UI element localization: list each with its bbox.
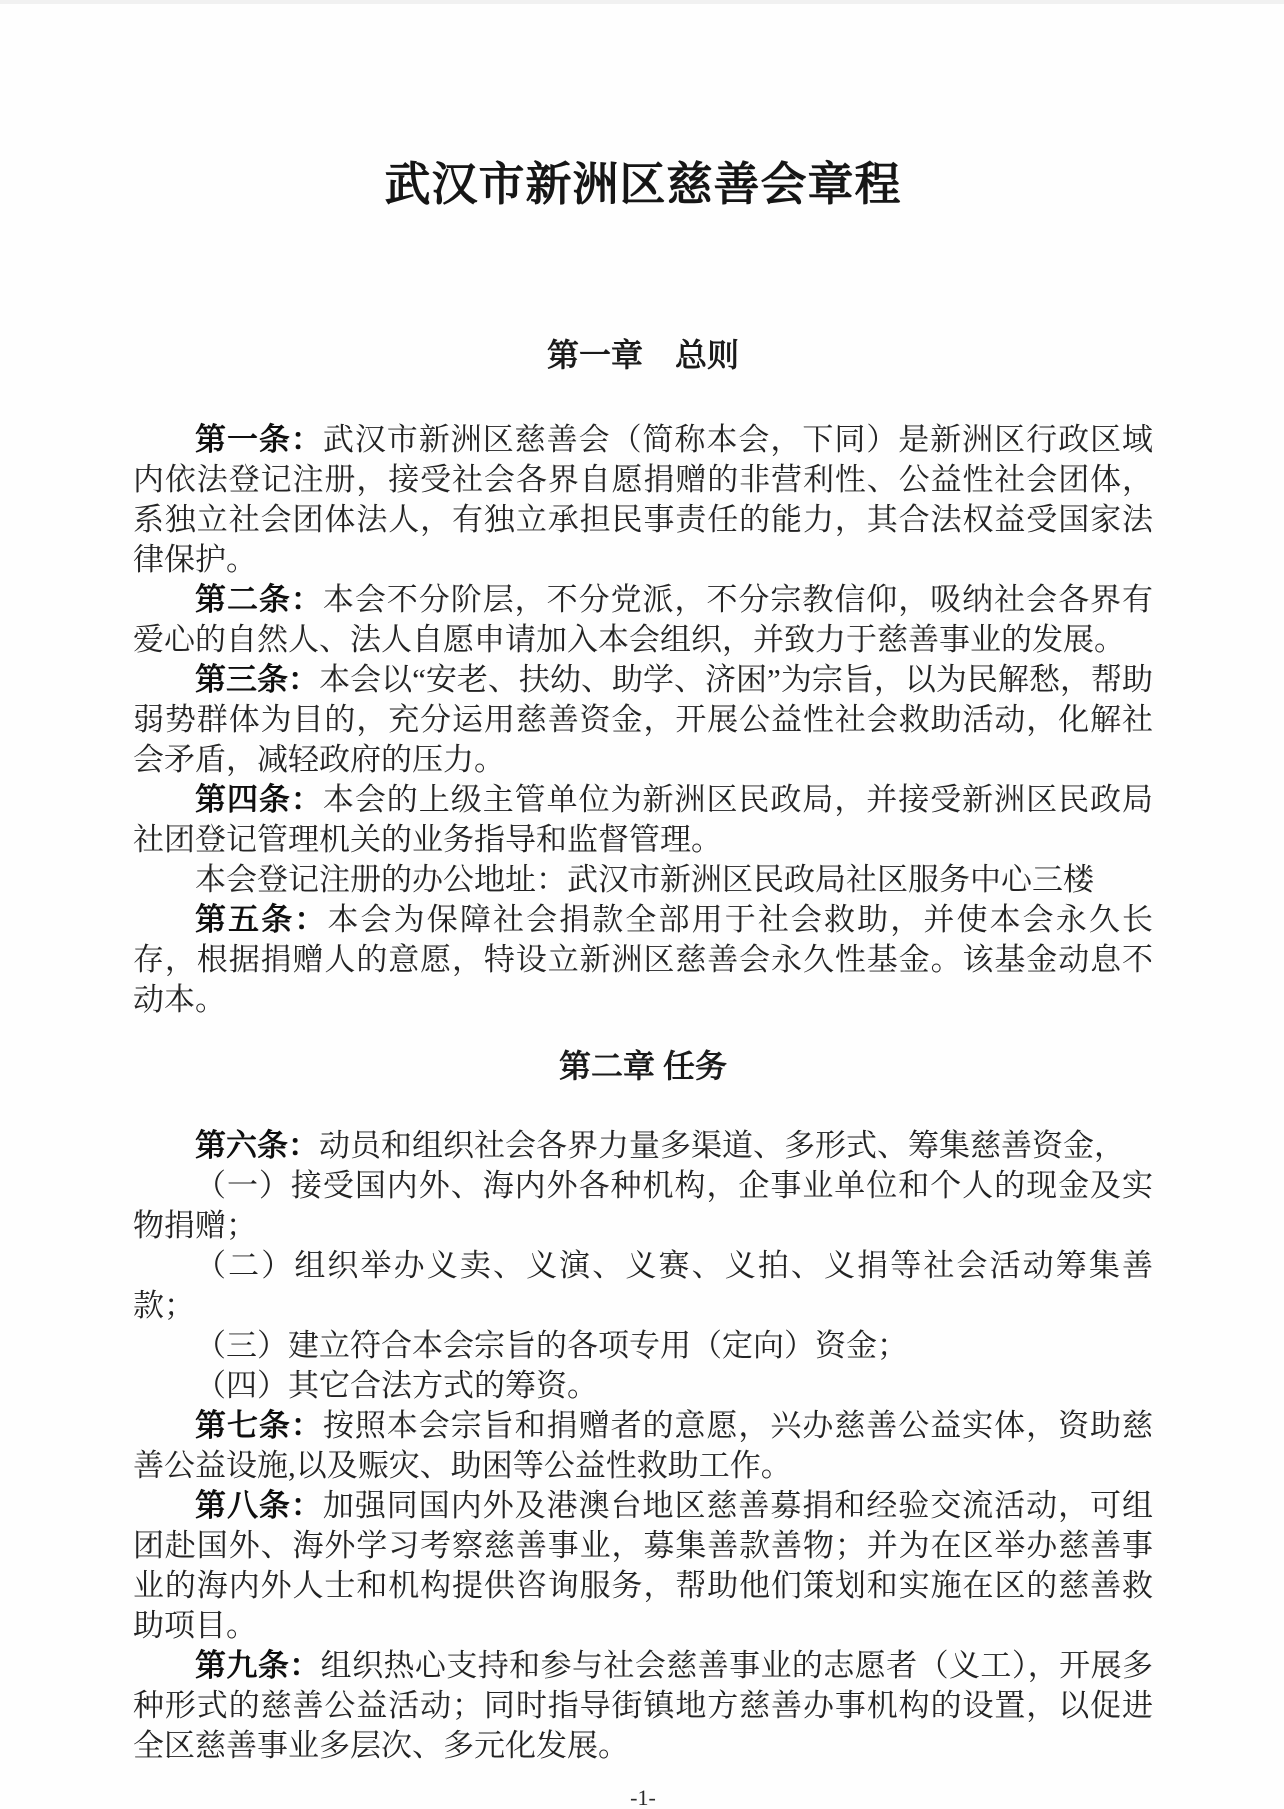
article-9: 第九条：组织热心支持和参与社会慈善事业的志愿者（义工），开展多种形式的慈善公益活… (133, 1646, 1153, 1766)
article-7: 第七条：按照本会宗旨和捐赠者的意愿，兴办慈善公益实体，资助慈善公益设施,以及赈灾… (133, 1406, 1153, 1486)
article-8: 第八条：加强同国内外及港澳台地区慈善募捐和经验交流活动，可组团赴国外、海外学习考… (133, 1486, 1153, 1646)
article-6-label: 第六条： (195, 1128, 319, 1163)
chapter-2: 第二章 任务 第六条：动员和组织社会各界力量多渠道、多形式、筹集慈善资金， （一… (133, 1046, 1153, 1766)
article-6-item-4-text: （四）其它合法方式的筹资。 (195, 1368, 598, 1403)
article-3: 第三条：本会以“安老、扶幼、助学、济困”为宗旨，以为民解愁，帮助弱势群体为目的，… (133, 660, 1153, 780)
article-7-label: 第七条： (195, 1408, 323, 1443)
article-6-item-2-text: （二）组织举办义卖、义演、义赛、义拍、义捐等社会活动筹集善款； (133, 1248, 1153, 1323)
article-3-label: 第三条： (195, 662, 319, 697)
article-6-text: 动员和组织社会各界力量多渠道、多形式、筹集慈善资金， (319, 1128, 1125, 1163)
article-6: 第六条：动员和组织社会各界力量多渠道、多形式、筹集慈善资金， (133, 1126, 1153, 1166)
registered-address-text: 本会登记注册的办公地址：武汉市新洲区民政局社区服务中心三楼 (195, 862, 1094, 897)
article-6-item-3-text: （三）建立符合本会宗旨的各项专用（定向）资金； (195, 1328, 908, 1363)
article-6-item-1-text: （一）接受国内外、海内外各种机构，企事业单位和个人的现金及实物捐赠； (133, 1168, 1153, 1243)
chapter-2-heading: 第二章 任务 (133, 1046, 1153, 1086)
document-page: 武汉市新洲区慈善会章程 第一章 总则 第一条：武汉市新洲区慈善会（简称本会，下同… (0, 0, 1284, 1809)
article-1: 第一条：武汉市新洲区慈善会（简称本会，下同）是新洲区行政区域内依法登记注册，接受… (133, 420, 1153, 580)
page-number: -1- (133, 1784, 1153, 1809)
chapter-1-heading: 第一章 总则 (133, 335, 1153, 375)
article-6-item-4: （四）其它合法方式的筹资。 (133, 1366, 1153, 1406)
article-6-item-1: （一）接受国内外、海内外各种机构，企事业单位和个人的现金及实物捐赠； (133, 1166, 1153, 1246)
article-8-label: 第八条： (195, 1488, 323, 1523)
article-5: 第五条：本会为保障社会捐款全部用于社会救助，并使本会永久长存，根据捐赠人的意愿，… (133, 900, 1153, 1020)
registered-address: 本会登记注册的办公地址：武汉市新洲区民政局社区服务中心三楼 (133, 860, 1153, 900)
article-2: 第二条：本会不分阶层，不分党派，不分宗教信仰，吸纳社会各界有爱心的自然人、法人自… (133, 580, 1153, 660)
article-6-item-3: （三）建立符合本会宗旨的各项专用（定向）资金； (133, 1326, 1153, 1366)
document-title: 武汉市新洲区慈善会章程 (133, 157, 1153, 213)
article-9-label: 第九条： (195, 1648, 321, 1683)
article-4: 第四条：本会的上级主管单位为新洲区民政局，并接受新洲区民政局社团登记管理机关的业… (133, 780, 1153, 860)
article-1-label: 第一条： (195, 422, 323, 457)
chapter-2-body: 第六条：动员和组织社会各界力量多渠道、多形式、筹集慈善资金， （一）接受国内外、… (133, 1126, 1153, 1766)
article-2-label: 第二条： (195, 582, 323, 617)
article-5-label: 第五条： (195, 902, 327, 937)
chapter-1: 第一章 总则 第一条：武汉市新洲区慈善会（简称本会，下同）是新洲区行政区域内依法… (133, 335, 1153, 1020)
article-4-label: 第四条： (195, 782, 323, 817)
chapter-1-body: 第一条：武汉市新洲区慈善会（简称本会，下同）是新洲区行政区域内依法登记注册，接受… (133, 420, 1153, 1020)
article-6-item-2: （二）组织举办义卖、义演、义赛、义拍、义捐等社会活动筹集善款； (133, 1246, 1153, 1326)
